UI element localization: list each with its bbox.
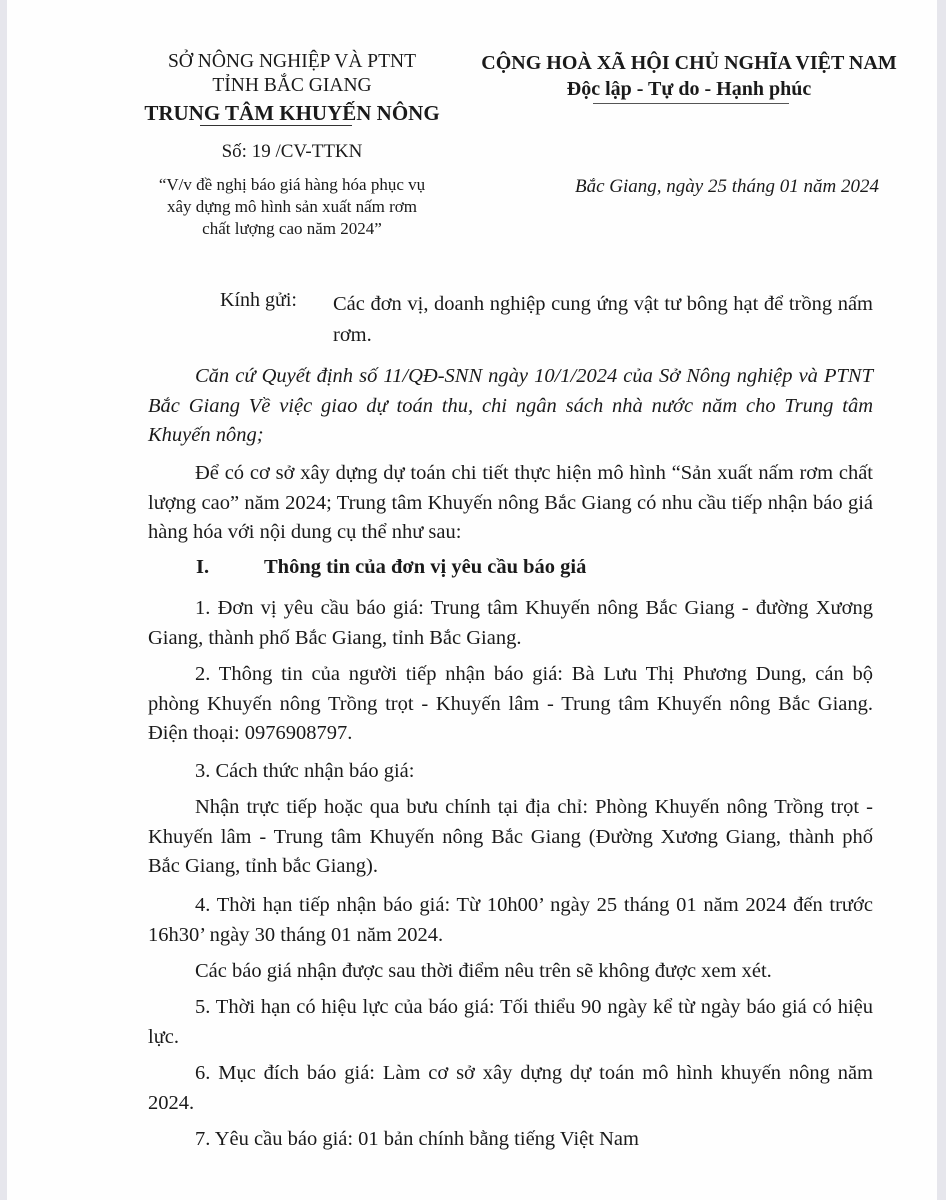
section-number: I. — [196, 556, 264, 579]
list-item: 1. Đơn vị yêu cầu báo giá: Trung tâm Khu… — [148, 594, 873, 653]
ministry-name: SỞ NÔNG NGHIỆP VÀ PTNT — [102, 50, 482, 74]
place-and-date: Bắc Giang, ngày 25 tháng 01 năm 2024 — [575, 176, 879, 198]
list-item: Nhận trực tiếp hoặc qua bưu chính tại đị… — [148, 793, 873, 882]
legal-basis-paragraph: Căn cứ Quyết định số 11/QĐ-SNN ngày 10/1… — [148, 362, 873, 451]
list-item: 5. Thời hạn có hiệu lực của báo giá: Tối… — [148, 993, 873, 1052]
section-title: Thông tin của đơn vị yêu cầu báo giá — [264, 556, 586, 578]
section-heading: I.Thông tin của đơn vị yêu cầu báo giá — [196, 556, 586, 579]
purpose-paragraph: Để có cơ sở xây dựng dự toán chi tiết th… — [148, 459, 873, 548]
agency-name: TRUNG TÂM KHUYẾN NÔNG — [144, 98, 439, 128]
nation-name: CỘNG HOÀ XÃ HỘI CHỦ NGHĨA VIỆT NAM — [469, 50, 909, 76]
list-item: 2. Thông tin của người tiếp nhận báo giá… — [148, 660, 873, 749]
subject-line: chất lượng cao năm 2024” — [102, 218, 482, 240]
province-name: TỈNH BẮC GIANG — [102, 74, 482, 98]
list-item: 6. Mục đích báo giá: Làm cơ sở xây dựng … — [148, 1059, 873, 1118]
issuer-block: SỞ NÔNG NGHIỆP VÀ PTNT TỈNH BẮC GIANG TR… — [102, 50, 482, 240]
document-subject: “V/v đề nghị báo giá hàng hóa phục vụ xâ… — [102, 174, 482, 240]
national-motto: Độc lập - Tự do - Hạnh phúc — [567, 76, 811, 102]
recipient-label: Kính gửi: — [220, 289, 297, 312]
list-item: 3. Cách thức nhận báo giá: — [148, 757, 873, 787]
recipient-text: Các đơn vị, doanh nghiệp cung ứng vật tư… — [333, 289, 873, 351]
list-item: Các báo giá nhận được sau thời điểm nêu … — [148, 957, 873, 987]
subject-line: “V/v đề nghị báo giá hàng hóa phục vụ — [102, 174, 482, 196]
subject-line: xây dựng mô hình sản xuất nấm rơm — [102, 196, 482, 218]
document-page: SỞ NÔNG NGHIỆP VÀ PTNT TỈNH BẮC GIANG TR… — [7, 0, 937, 1200]
list-item: 4. Thời hạn tiếp nhận báo giá: Từ 10h00’… — [148, 891, 873, 950]
national-header: CỘNG HOÀ XÃ HỘI CHỦ NGHĨA VIỆT NAM Độc l… — [469, 50, 909, 102]
list-item: 7. Yêu cầu báo giá: 01 bản chính bằng ti… — [148, 1125, 873, 1155]
document-number: Số: 19 /CV-TTKN — [102, 140, 482, 164]
